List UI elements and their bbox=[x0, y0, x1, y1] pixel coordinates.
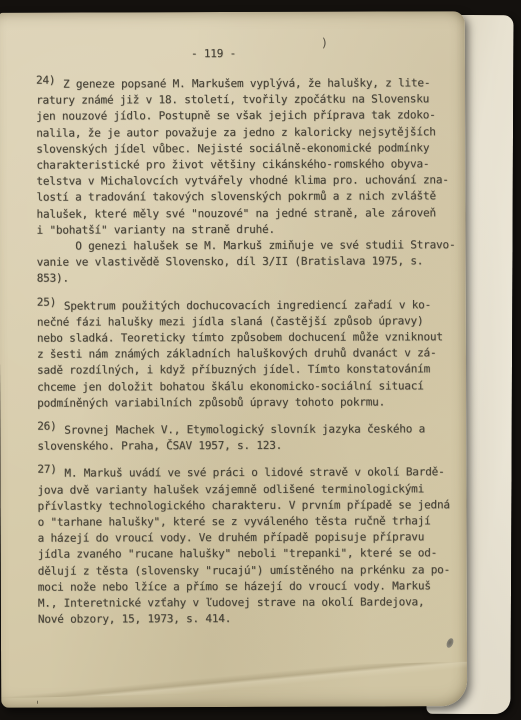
footnote-line: Nové obzory, 15, 1973, s. 414. bbox=[38, 610, 462, 628]
footnote-line: 24)Z geneze popsané M. Markušem vyplývá,… bbox=[36, 75, 460, 93]
footnote-line: podmíněných variabilních způsobů úpravy … bbox=[37, 394, 461, 412]
footnote-line: nečné fázi halušky mezi jídla slaná (čas… bbox=[37, 313, 461, 331]
footnote-line: nalila, že je autor považuje za jedno z … bbox=[36, 124, 460, 142]
footnotes-list: 24)Z geneze popsané M. Markušem vyplývá,… bbox=[36, 75, 462, 628]
footnote-line: o "tarhane halušky", které se z vyválené… bbox=[38, 513, 462, 531]
footnote-line: M., Interetnické vzťahy v ľudovej strave… bbox=[38, 594, 462, 612]
footnote-line: slovenského. Praha, ČSAV 1957, s. 123. bbox=[37, 437, 461, 455]
footnote-number: 26) bbox=[37, 419, 56, 435]
footnote-number: 25) bbox=[37, 294, 56, 310]
footnote-line: 853). bbox=[37, 270, 461, 288]
footnote-line: z šesti nám známých základních haluškový… bbox=[37, 345, 461, 363]
footnote-line: 25)Spektrum použitých dochucovacích ingr… bbox=[37, 297, 461, 315]
footnote-24: 24)Z geneze popsané M. Markušem vyplývá,… bbox=[36, 75, 461, 287]
footnote-number: 24) bbox=[36, 73, 55, 89]
page-crease bbox=[1, 662, 467, 699]
scan-background: ) - 119 - 24)Z geneze popsané M. Markuše… bbox=[0, 0, 521, 720]
footnote-line: dělují z těsta (slovensky "rucajú") umís… bbox=[38, 562, 462, 580]
footnote-line: lostí a tradování takových slovenských p… bbox=[36, 189, 460, 207]
footnote-line: ratury známé již v 18. století, tvořily … bbox=[36, 91, 460, 109]
footnote-line: moci nože nebo lžíce a přímo se házejí d… bbox=[38, 578, 462, 596]
footnote-line: halušek, které měly své "nouzové" na jed… bbox=[36, 205, 460, 223]
footnote-line: O genezi halušek se M. Markuš zmiňuje ve… bbox=[37, 237, 461, 255]
footnote-line: sadě rozdílných, i když příbuzných jídel… bbox=[37, 362, 461, 380]
stray-mark-bottom: ' bbox=[34, 699, 41, 712]
page-number: - 119 - bbox=[36, 45, 460, 62]
footnote-line: 27)M. Markuš uvádí ve své práci o lidové… bbox=[37, 465, 461, 483]
footnote-line: přívlastky technologického charakteru. V… bbox=[37, 497, 461, 515]
footnote-line: chceme jen doložit bohatou škálu ekonomi… bbox=[37, 378, 461, 396]
footnote-27: 27)M. Markuš uvádí ve své práci o lidové… bbox=[37, 465, 462, 629]
footnote-line: vanie ve vlastivědě Slovensko, díl 3/II … bbox=[37, 253, 461, 271]
footnote-line: slovenských jídel vůbec. Nejisté sociáln… bbox=[36, 140, 460, 158]
footnote-line: nebo sladká. Teoreticky tímto způsobem d… bbox=[37, 329, 461, 347]
footnote-line: i "bohatší" varianty na straně druhé. bbox=[37, 221, 461, 239]
footnote-line: a házejí do vroucí vody. Ve druhém přípa… bbox=[38, 529, 462, 547]
footnote-line: jídla zvaného "rucane halušky" neboli "t… bbox=[38, 546, 462, 564]
page-content: - 119 - 24)Z geneze popsané M. Markušem … bbox=[36, 45, 462, 628]
scanned-page: ) - 119 - 24)Z geneze popsané M. Markuše… bbox=[0, 11, 467, 708]
footnote-25: 25)Spektrum použitých dochucovacích ingr… bbox=[37, 297, 461, 412]
footnote-line: jova dvě varianty halušek vzájemně odliš… bbox=[37, 481, 461, 499]
footnote-line: 26)Srovnej Machek V., Etymologický slovn… bbox=[37, 421, 461, 439]
footnote-line: charakteristické pro život většiny cikán… bbox=[36, 156, 460, 174]
footnote-line: jen nouzové jídlo. Postupně se však jeji… bbox=[36, 108, 460, 126]
footnote-number: 27) bbox=[37, 462, 56, 478]
footnote-26: 26)Srovnej Machek V., Etymologický slovn… bbox=[37, 421, 461, 455]
footnote-line: telstva v Michalovcích vytvářely vhodné … bbox=[36, 172, 460, 190]
